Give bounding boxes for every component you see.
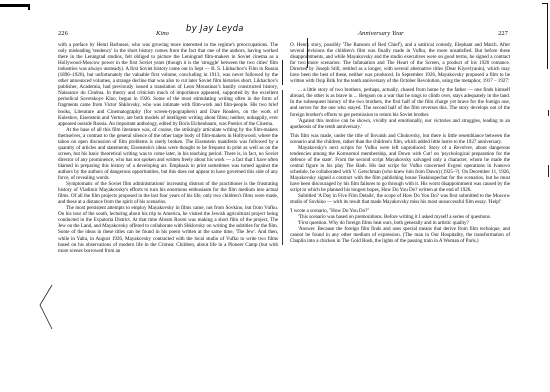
paragraph: The most persistent attempts to employ M…: [58, 205, 278, 253]
page-number: 227: [498, 30, 508, 37]
block-quote: 'Against this motive can be shown, vivid…: [290, 118, 510, 130]
scan-edge-mark: [548, 165, 549, 177]
scan-edge-bar: [0, 4, 29, 7]
right-page-header: Anniversary Year 227: [290, 28, 510, 40]
paragraph: Subtitled 'A Day in Five Film Details', …: [290, 193, 510, 205]
scan-edge-bracket: [547, 3, 548, 69]
scan-edge-mark: [548, 110, 549, 116]
paragraph: This film was made, under the title of I…: [290, 133, 510, 145]
left-page-header: 226 Kino by Jay Leyda: [58, 28, 278, 40]
block-quote: 'Answer. Because the foreign film finds …: [290, 226, 510, 244]
running-head: Anniversary Year: [358, 30, 404, 37]
right-page: Anniversary Year 227 O. Henry story, pos…: [290, 28, 510, 245]
gutter-mark: [282, 60, 283, 85]
paragraph: At the base of all this film literature …: [58, 127, 278, 181]
left-page: 226 Kino by Jay Leyda with a preface by …: [58, 28, 278, 254]
block-quote: ... a little story of two brothers, perh…: [290, 87, 510, 117]
running-head: Kino: [156, 30, 169, 37]
scan-edge-tick: [28, 4, 30, 10]
page-number: 226: [58, 30, 68, 37]
paragraph: O. Henry story, possibly 'The Ransom of …: [290, 42, 510, 84]
margin-bracket-annotation: [38, 283, 54, 333]
scan-edge-bracket-tip: [542, 3, 548, 4]
paragraph: with a preface by Henri Barbusse, who wa…: [58, 42, 278, 127]
paragraph: Mayakovsky's next scripts for Vufku were…: [290, 145, 510, 193]
paragraph: Symptomatic of the Soviet film administr…: [58, 181, 278, 205]
handwritten-note: by Jay Leyda: [186, 24, 244, 34]
page-gutter-shadow: [282, 90, 283, 245]
